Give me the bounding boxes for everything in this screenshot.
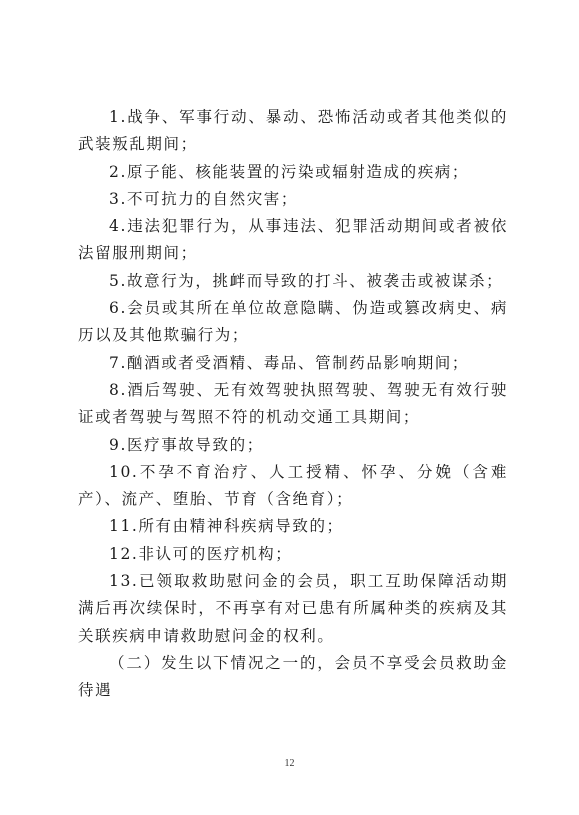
paragraph-item-8: 8.酒后驾驶、无有效驾驶执照驾驶、驾驶无有效行驶证或者驾驶与驾照不符的机动交通工…	[78, 377, 508, 432]
paragraph-item-3: 3.不可抗力的自然灾害；	[78, 186, 508, 213]
paragraph-item-1: 1.战争、军事行动、暴动、恐怖活动或者其他类似的武装叛乱期间；	[78, 104, 508, 159]
paragraph-item-10: 10.不孕不育治疗、人工授精、怀孕、分娩（含难产）、流产、堕胎、节育（含绝育）；	[78, 459, 508, 514]
paragraph-item-4: 4.违法犯罪行为，从事违法、犯罪活动期间或者被依法留服刑期间；	[78, 213, 508, 268]
page-number: 12	[0, 758, 579, 769]
document-page: 1.战争、军事行动、暴动、恐怖活动或者其他类似的武装叛乱期间； 2.原子能、核能…	[0, 0, 579, 815]
paragraph-item-5: 5.故意行为，挑衅而导致的打斗、被袭击或被谋杀；	[78, 268, 508, 295]
paragraph-item-9: 9.医疗事故导致的；	[78, 432, 508, 459]
paragraph-item-7: 7.酗酒或者受酒精、毒品、管制药品影响期间；	[78, 350, 508, 377]
paragraph-item-13: 13.已领取救助慰问金的会员，职工互助保障活动期满后再次续保时，不再享有对已患有…	[78, 568, 508, 650]
section-heading-2: （二）发生以下情况之一的，会员不享受会员救助金待遇	[78, 650, 508, 705]
paragraph-item-11: 11.所有由精神科疾病导致的；	[78, 513, 508, 540]
document-body: 1.战争、军事行动、暴动、恐怖活动或者其他类似的武装叛乱期间； 2.原子能、核能…	[78, 104, 508, 705]
paragraph-item-2: 2.原子能、核能装置的污染或辐射造成的疾病；	[78, 159, 508, 186]
paragraph-item-6: 6.会员或其所在单位故意隐瞒、伪造或篡改病史、病历以及其他欺骗行为；	[78, 295, 508, 350]
paragraph-item-12: 12.非认可的医疗机构；	[78, 541, 508, 568]
